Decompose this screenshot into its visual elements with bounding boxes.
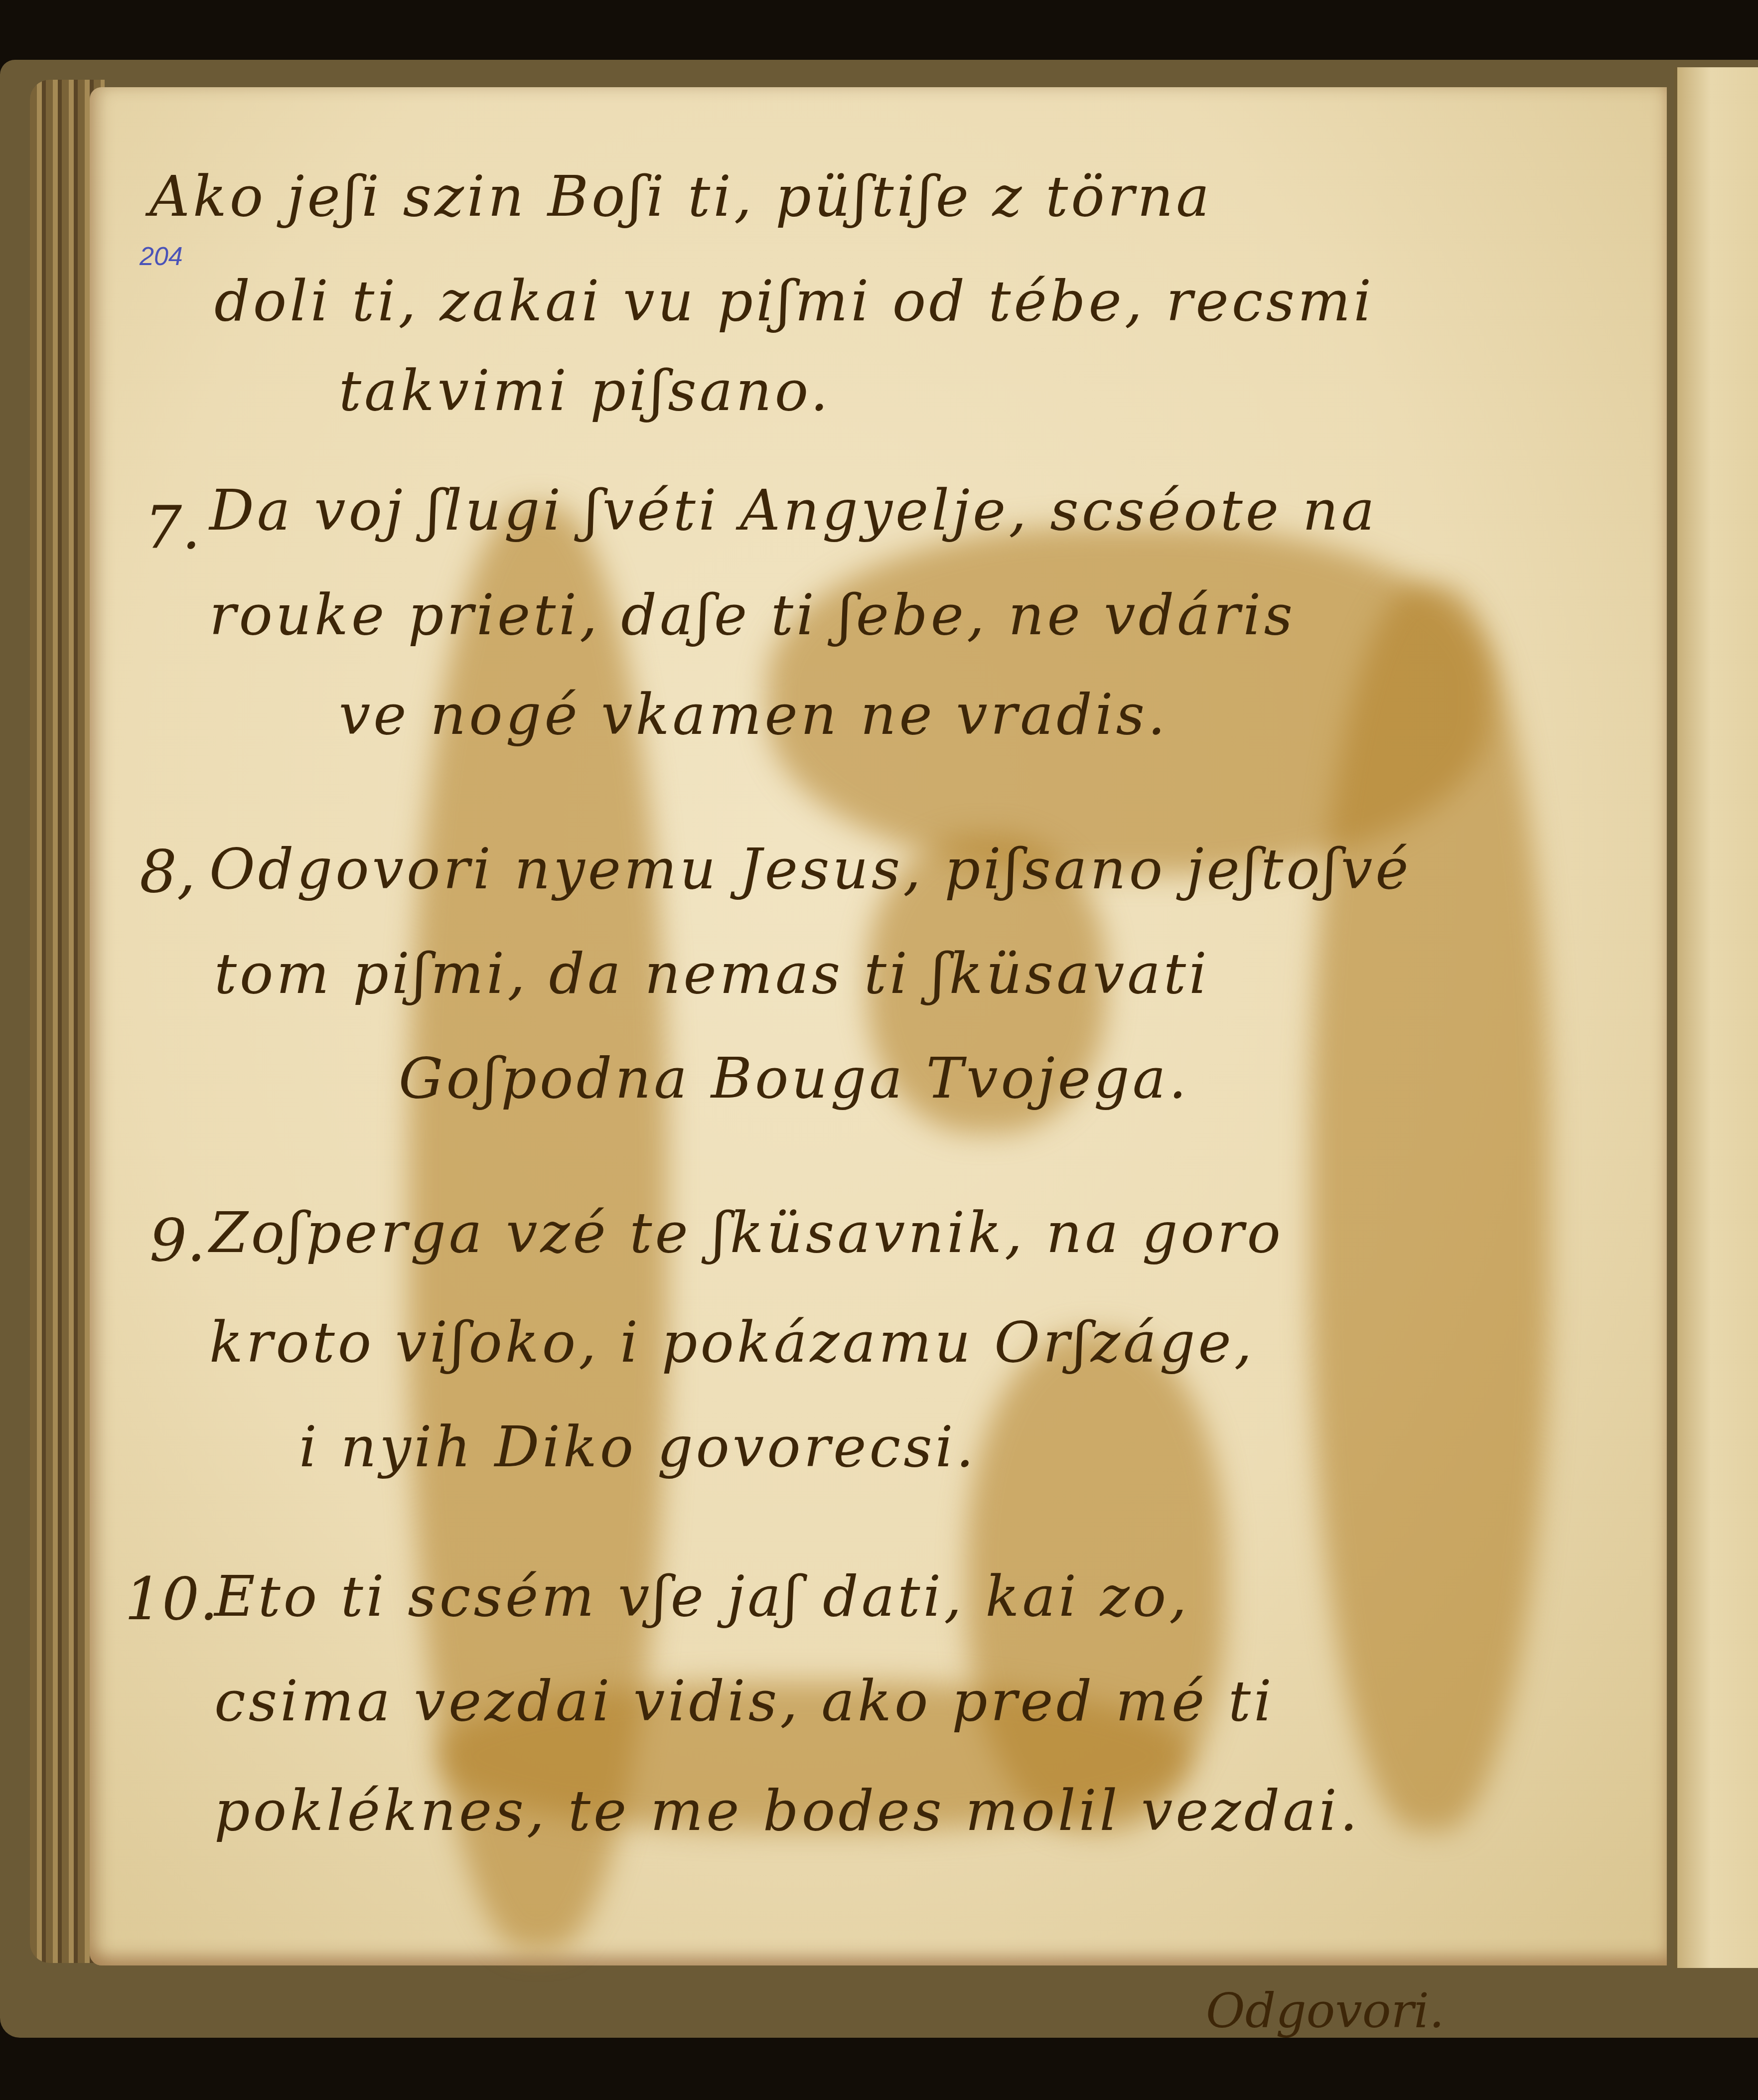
text-line: Zoʃperga vzé te ʃküsavnik, na goro [209,1201,1284,1265]
text-line: Eto ti scsém vʃe jaʃ dati, kai zo, [214,1564,1190,1629]
text-line: ve nogé vkamen ne vradis. [339,683,1169,747]
text-line: Goʃpodna Bouga Tvojega. [399,1046,1189,1111]
text-line: Ako jeʃi szin Boʃi ti, püʃtiʃe z törna [149,164,1212,229]
water-stain [1311,585,1550,1831]
text-line: kroto viʃoko, i pokázamu Orʃzáge, [209,1310,1255,1375]
verse-number: 9. [149,1206,206,1274]
text-line: Da voj ʃlugi ʃvéti Angyelje, scséote na [209,478,1378,543]
verse-number: 7. [145,493,201,562]
verse-number: 8, [140,837,196,906]
verse-number: 10. [125,1564,218,1633]
text-line: rouke prieti, daʃe ti ʃebe, ne vdáris [209,583,1296,648]
text-line: csima vezdai vidis, ako pred mé ti [214,1669,1275,1734]
text-line: tom piʃmi, da nemas ti ʃküsavati [214,942,1210,1006]
facing-page-edge [1674,67,1758,1968]
text-line: doli ti, zakai vu piʃmi od tébe, recsmi [214,269,1374,334]
catchword: Odgovori. [1206,1983,1445,2039]
text-line: i nyih Diko govorecsi. [299,1415,977,1480]
text-line: pokléknes, te me bodes molil vezdai. [214,1779,1360,1843]
text-line: takvimi piʃsano. [339,359,831,423]
text-line: Odgovori nyemu Jesus, piʃsano jeʃtoʃvé [209,837,1412,902]
folio-number: 204 [140,242,183,272]
